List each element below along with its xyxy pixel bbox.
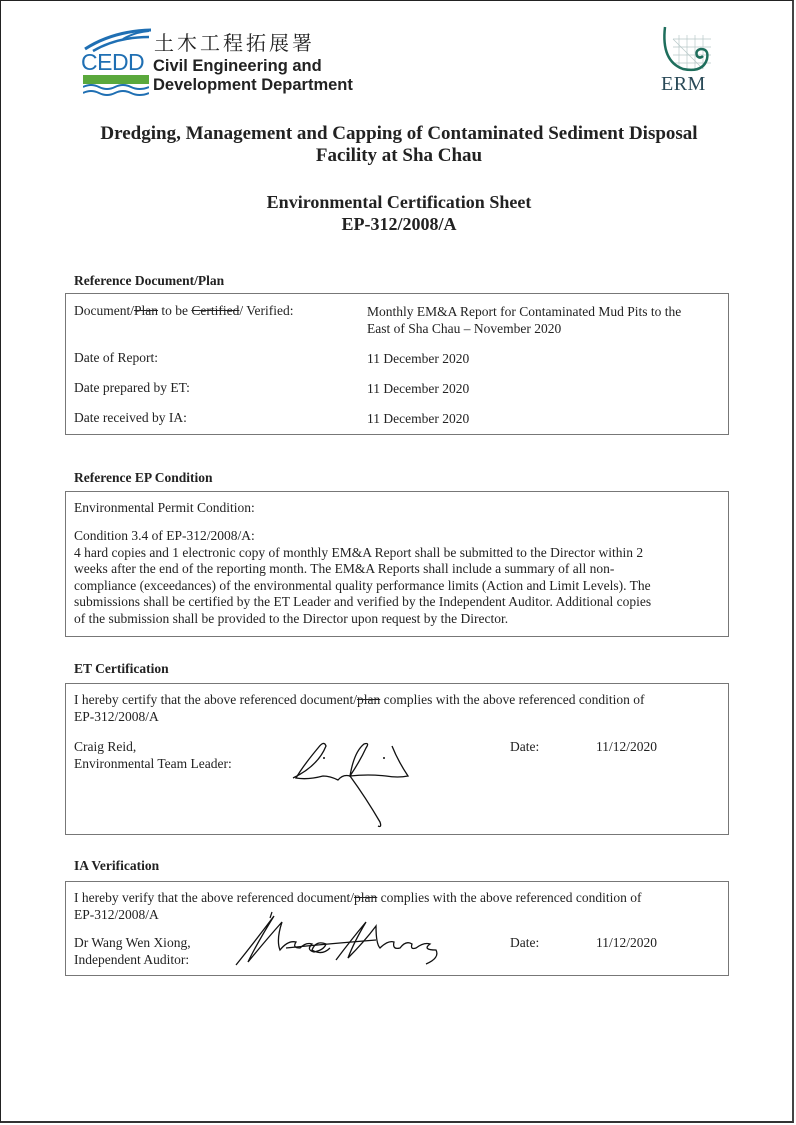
cedd-english-line1: Civil Engineering and (153, 57, 322, 76)
project-title: Dredging, Management and Capping of Cont… (1, 123, 796, 167)
ia-date-value: 11/12/2020 (596, 935, 657, 951)
condition-line: submissions shall be certified by the ET… (74, 594, 722, 611)
ia-signature (226, 910, 476, 970)
condition-line: compliance (exceedances) of the environm… (74, 578, 722, 595)
statement-text: I hereby certify that the above referenc… (74, 692, 357, 707)
signatory-name: Craig Reid, (74, 739, 324, 756)
ep-condition-label: Environmental Permit Condition: (74, 500, 722, 517)
erm-logo: ERM (653, 25, 723, 97)
date-of-report-value: 11 December 2020 (367, 350, 717, 367)
document-value: Monthly EM&A Report for Contaminated Mud… (367, 303, 717, 337)
et-signatory: Craig Reid, Environmental Team Leader: (74, 739, 324, 772)
permit-number: EP-312/2008/A (1, 213, 796, 235)
et-certification-box: I hereby certify that the above referenc… (65, 683, 729, 835)
et-signature (288, 736, 418, 831)
date-received-value: 11 December 2020 (367, 410, 717, 427)
label-part: to be (158, 303, 191, 318)
date-prepared-label: Date prepared by ET: (74, 380, 190, 396)
reference-document-box: Document/Plan to be Certified/ Verified:… (65, 293, 729, 435)
ia-verification-heading: IA Verification (74, 858, 159, 874)
ia-verification-box: I hereby verify that the above reference… (65, 881, 729, 976)
erm-spiral-icon (653, 25, 723, 75)
label-part-struck: Plan (134, 303, 158, 318)
condition-line: 4 hard copies and 1 electronic copy of m… (74, 545, 722, 562)
date-prepared-value: 11 December 2020 (367, 380, 717, 397)
cedd-chinese-name: 土木工程拓展署 (154, 27, 315, 56)
et-date-value: 11/12/2020 (596, 739, 657, 755)
cedd-logo: CEDD 土木工程拓展署 Civil Engineering and Devel… (81, 25, 381, 97)
condition-line: weeks after the end of the reporting mon… (74, 561, 722, 578)
erm-wordmark: ERM (661, 73, 706, 96)
statement-text: complies with the above referenced condi… (380, 692, 644, 707)
statement-struck: plan (357, 692, 380, 707)
statement-text: complies with the above referenced condi… (377, 890, 641, 905)
cedd-english-line2: Development Department (153, 76, 353, 95)
cedd-emblem-icon: CEDD (81, 25, 151, 97)
project-title-line2: Facility at Sha Chau (1, 145, 796, 167)
et-certification-heading: ET Certification (74, 661, 169, 677)
ep-condition-box: Environmental Permit Condition: Conditio… (65, 491, 729, 637)
ep-condition-heading: Reference EP Condition (74, 470, 213, 486)
cedd-abbrev: CEDD (81, 49, 144, 76)
ia-date-label: Date: (510, 935, 539, 951)
condition-line: of the submission shall be provided to t… (74, 611, 722, 628)
condition-title: Condition 3.4 of EP-312/2008/A: (74, 528, 722, 545)
label-part: Document/ (74, 303, 134, 318)
sheet-title-text: Environmental Certification Sheet (1, 191, 796, 213)
statement-line2: EP-312/2008/A (74, 709, 722, 726)
project-title-line1: Dredging, Management and Capping of Cont… (1, 123, 796, 145)
document-label: Document/Plan to be Certified/ Verified: (74, 303, 294, 319)
date-of-report-label: Date of Report: (74, 350, 158, 366)
sheet-title: Environmental Certification Sheet EP-312… (1, 191, 796, 235)
et-statement: I hereby certify that the above referenc… (74, 692, 722, 725)
ep-condition-text: Condition 3.4 of EP-312/2008/A: 4 hard c… (74, 528, 722, 627)
document-value-line1: Monthly EM&A Report for Contaminated Mud… (367, 303, 717, 320)
document-value-line2: East of Sha Chau – November 2020 (367, 320, 717, 337)
signatory-role: Environmental Team Leader: (74, 756, 324, 773)
document-page: CEDD 土木工程拓展署 Civil Engineering and Devel… (0, 0, 794, 1123)
date-received-label: Date received by IA: (74, 410, 187, 426)
label-part: / Verified: (239, 303, 293, 318)
et-date-label: Date: (510, 739, 539, 755)
reference-document-heading: Reference Document/Plan (74, 273, 224, 289)
label-part-struck: Certified (191, 303, 239, 318)
statement-text: I hereby verify that the above reference… (74, 890, 354, 905)
statement-struck: plan (354, 890, 377, 905)
